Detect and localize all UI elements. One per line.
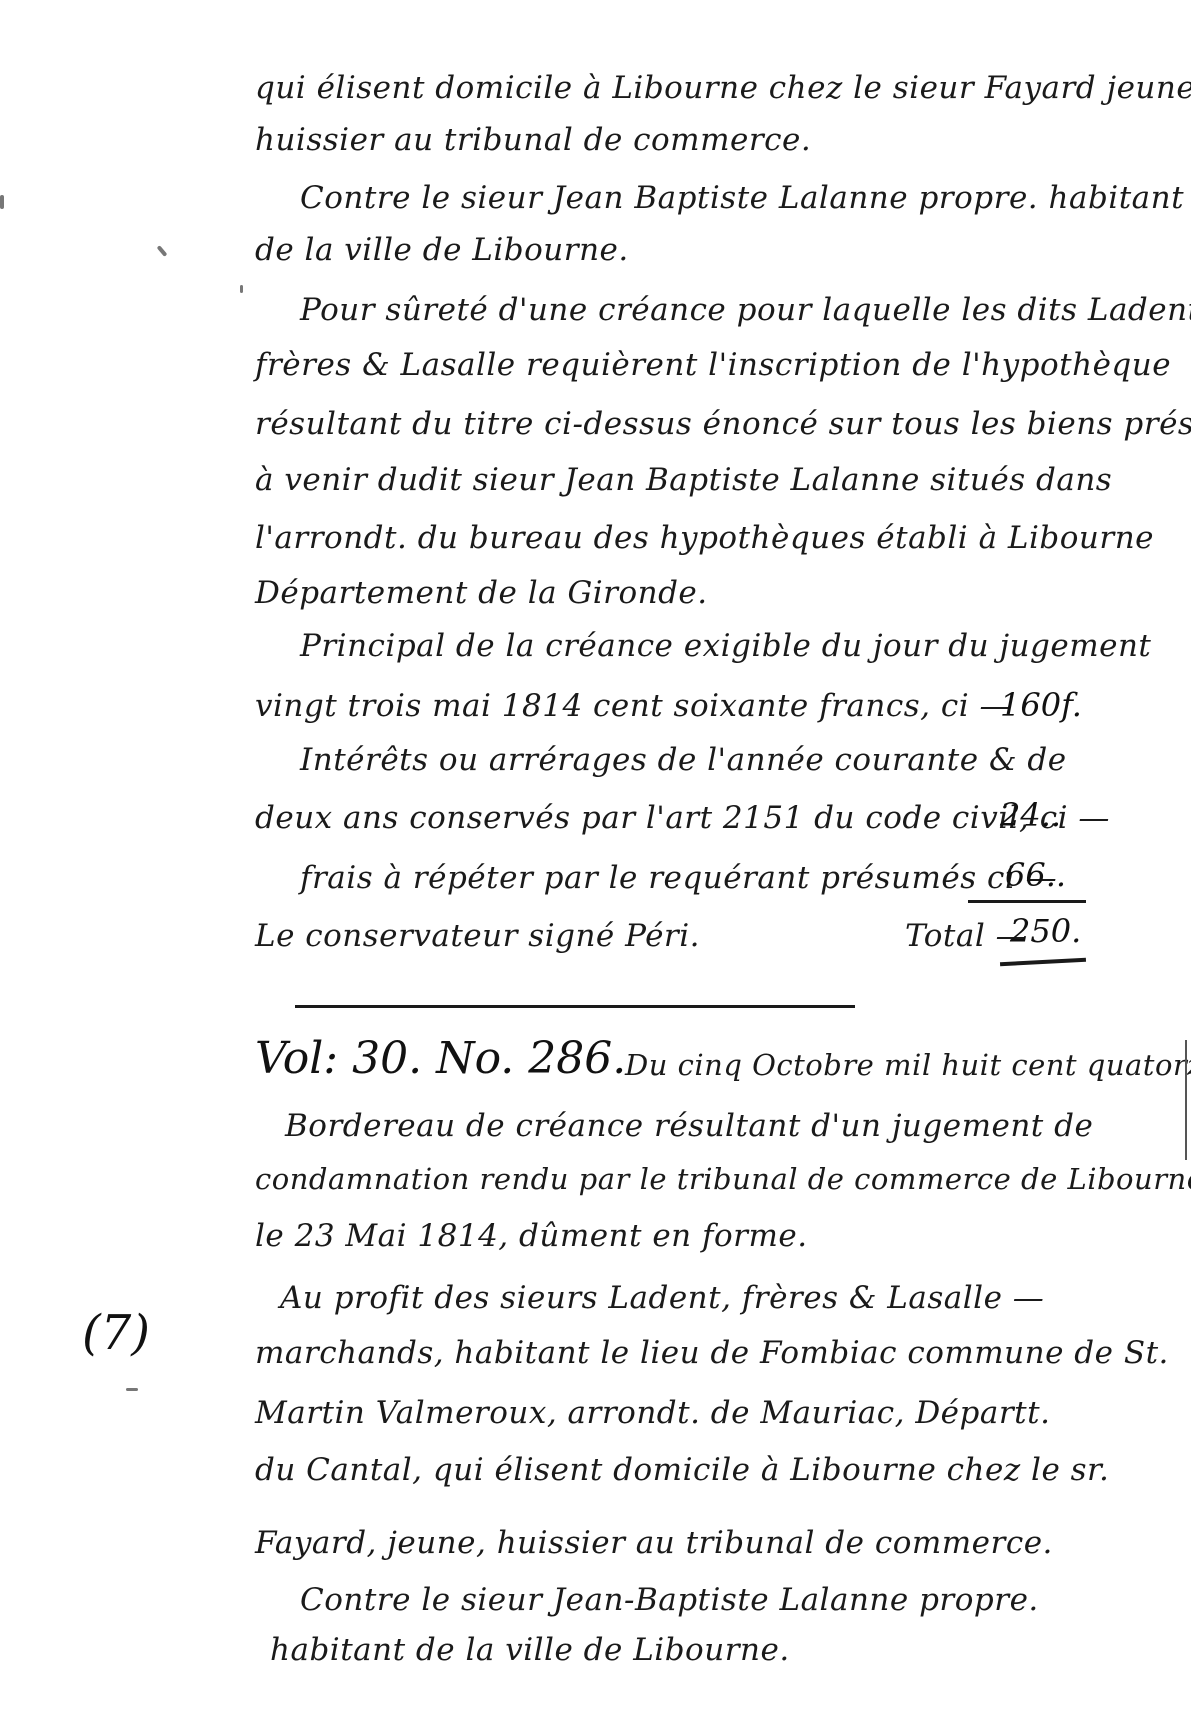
fees-amount: 66.. [1005,856,1066,894]
text-line: l'arrondt. du bureau des hypothèques éta… [255,520,1154,556]
text-line: habitant de la ville de Libourne. [270,1632,790,1668]
scan-speck [240,285,243,293]
fees-text: frais à répéter par le requérant présumé… [300,860,1057,896]
text-line: à venir dudit sieur Jean Baptiste Lalann… [255,462,1112,498]
text-line: Bordereau de créance résultant d'un juge… [285,1108,1093,1144]
text-line: condamnation rendu par le tribunal de co… [255,1162,1191,1196]
document-page: qui élisent domicile à Libourne chez le … [0,0,1191,1710]
scan-speck [0,195,4,209]
text-line: qui élisent domicile à Libourne chez le … [255,70,1191,106]
scan-speck [126,1388,138,1391]
text-line: huissier au tribunal de commerce. [255,122,811,158]
total-amount: 250. [1010,912,1081,950]
entry-heading: Vol: 30. No. 286. [255,1033,626,1084]
text-line: Contre le sieur Jean-Baptiste Lalanne pr… [300,1582,1039,1618]
interest-text: deux ans conservés par l'art 2151 du cod… [255,800,1110,836]
scan-speck [157,245,168,257]
signature-text: Le conservateur signé Péri. [255,918,700,954]
text-line: Martin Valmeroux, arrondt. de Mauriac, D… [255,1395,1050,1431]
principal-amount: 160f. [1000,686,1082,724]
text-line: de la ville de Libourne. [255,232,629,268]
sum-rule [968,900,1086,903]
page-marker: (7) [82,1305,150,1361]
entry-date: Du cinq Octobre mil huit cent quatorze [625,1048,1191,1082]
interest-text: Intérêts ou arrérages de l'année courant… [300,742,1067,778]
interest-amount: 24.. [1000,796,1061,834]
text-line: le 23 Mai 1814, dûment en forme. [255,1218,808,1254]
text-line: Au profit des sieurs Ladent, frères & La… [280,1280,1044,1316]
text-line: marchands, habitant le lieu de Fombiac c… [255,1335,1169,1371]
text-line: résultant du titre ci-dessus énoncé sur … [255,406,1191,442]
text-line: Contre le sieur Jean Baptiste Lalanne pr… [300,180,1184,216]
text-line: Fayard, jeune, huissier au tribunal de c… [255,1525,1053,1561]
text-line: du Cantal, qui élisent domicile à Libour… [255,1452,1109,1488]
entry-separator [295,1005,855,1008]
total-rule [1000,958,1086,966]
principal-text: vingt trois mai 1814 cent soixante franc… [255,688,1011,724]
text-line: frères & Lasalle requièrent l'inscriptio… [255,347,1171,383]
text-line: Département de la Gironde. [255,575,708,611]
principal-text: Principal de la créance exigible du jour… [300,628,1151,664]
page-edge-mark [1185,1040,1187,1160]
text-line: Pour sûreté d'une créance pour laquelle … [300,292,1191,328]
total-label: Total — [905,918,1027,954]
